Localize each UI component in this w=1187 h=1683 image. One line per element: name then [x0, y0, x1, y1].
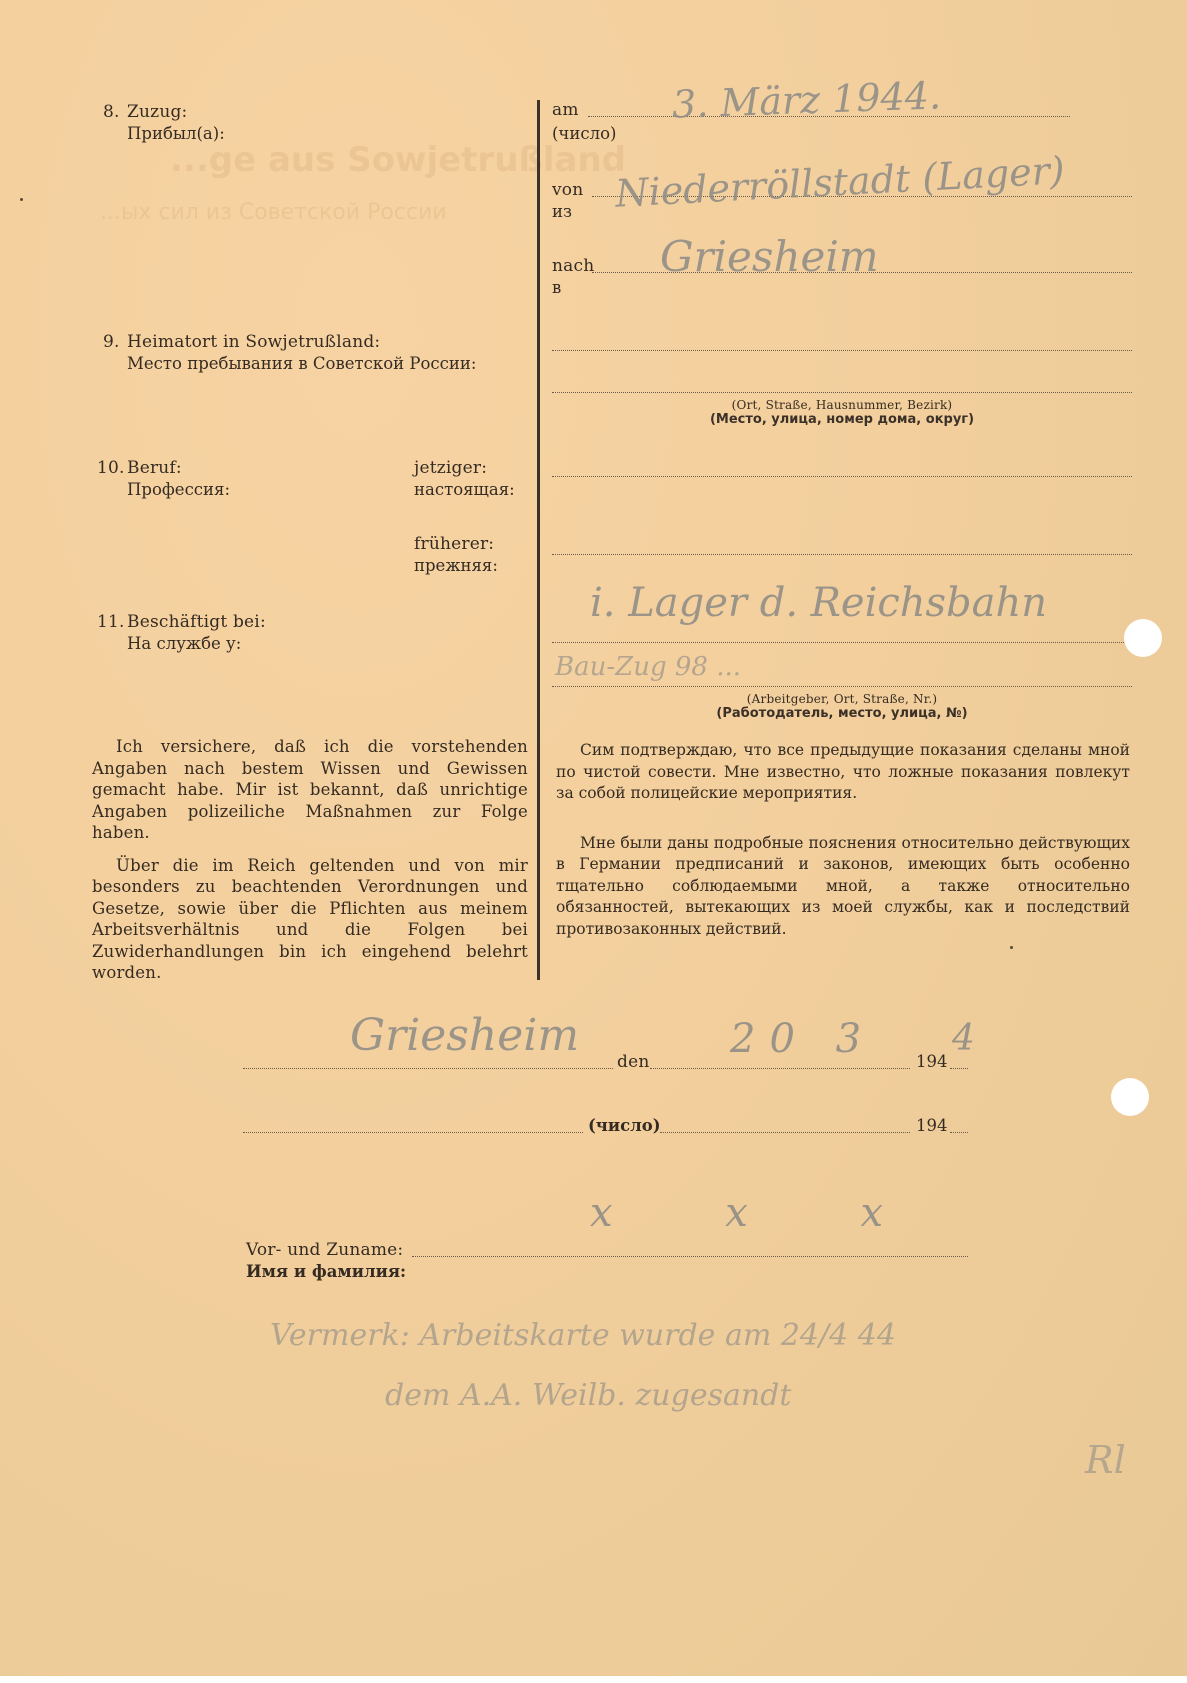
section11-label-de: Beschäftigt bei:	[127, 612, 266, 632]
show-through-text: ...ых сил из Советской России	[100, 200, 447, 225]
arrival-date-value: 3. März 1944.	[671, 73, 941, 126]
punch-hole-top	[1124, 619, 1162, 657]
year-prefix: 194	[916, 1052, 948, 1071]
place-value: Griesheim	[350, 1010, 579, 1061]
year-ru-field-line[interactable]	[950, 1132, 968, 1133]
paper-speck	[20, 198, 23, 201]
date-ru-field-line-left[interactable]	[243, 1132, 583, 1133]
name-label-de: Vor- und Zuname:	[246, 1240, 403, 1260]
section8-label-ru: Прибыл(а):	[127, 124, 225, 143]
current-profession-field[interactable]	[552, 476, 1132, 477]
am-label: am	[552, 100, 579, 120]
place-field-line[interactable]	[243, 1068, 613, 1069]
section9-hint-de: (Ort, Straße, Hausnummer, Bezirk)	[552, 398, 1132, 412]
year-field-line[interactable]	[950, 1068, 968, 1069]
column-divider	[537, 100, 540, 980]
declaration-ru-paragraph-2: Мне были даны подробные пояснения относи…	[556, 833, 1130, 941]
section9-label-ru: Место пребывания в Советской России:	[127, 354, 476, 373]
hometown-field-line-2[interactable]	[552, 392, 1132, 393]
section11-label-ru: На службе у:	[127, 634, 241, 653]
section9-number: 9.	[103, 332, 120, 352]
show-through-text: ...ge aus Sowjetrußland	[170, 140, 626, 180]
den-label: den	[617, 1052, 650, 1072]
section11-hint-de: (Arbeitgeber, Ort, Straße, Nr.)	[552, 692, 1132, 706]
origin-value: Niederröllstadt (Lager)	[614, 148, 1066, 215]
year-suffix-value: 4	[952, 1018, 975, 1059]
paper-speck	[1010, 946, 1013, 949]
employer-field-line-2[interactable]	[552, 686, 1132, 687]
declaration-de-paragraph-2: Über die im Reich geltenden und von mir …	[92, 855, 528, 984]
date-ru-field-line-right[interactable]	[660, 1132, 910, 1133]
destination-value: Griesheim	[660, 232, 879, 281]
employer-value-1: i. Lager d. Reichsbahn	[590, 580, 1047, 626]
signature-marks: x x x	[590, 1190, 933, 1236]
von-label-ru: из	[552, 202, 572, 221]
punch-hole-bottom	[1111, 1078, 1149, 1116]
section10-number: 10.	[97, 458, 125, 478]
date-value: 20 3	[730, 1016, 875, 1062]
am-label-ru: (число)	[552, 124, 616, 143]
declaration-de-paragraph-1: Ich versichere, daß ich die vorstehenden…	[92, 736, 528, 844]
nach-label-ru: в	[552, 278, 561, 297]
former-profession-field[interactable]	[552, 554, 1132, 555]
section11-hint-ru: (Работодатель, место, улица, №)	[552, 706, 1132, 721]
section10-label-ru: Профессия:	[127, 480, 230, 499]
employer-field-line-1[interactable]	[552, 642, 1132, 643]
document-page: ...ge aus Sowjetrußland ...ых сил из Сов…	[0, 0, 1187, 1676]
former-profession-label-ru: прежняя:	[414, 556, 498, 575]
date-field-line[interactable]	[650, 1068, 910, 1069]
declaration-ru-paragraph-1: Сим подтверждаю, что все предыдущие пока…	[556, 740, 1130, 805]
section9-label-de: Heimatort in Sowjetrußland:	[127, 332, 380, 352]
hometown-field-line-1[interactable]	[552, 350, 1132, 351]
section8-number: 8.	[103, 102, 120, 122]
pencil-note-line-2: dem A.A. Weilb. zugesandt	[385, 1378, 791, 1413]
pencil-note-line-1: Vermerk: Arbeitskarte wurde am 24/4 44	[270, 1318, 896, 1353]
section9-hint-ru: (Место, улица, номер дома, округ)	[552, 412, 1132, 427]
name-field-line[interactable]	[412, 1256, 968, 1257]
current-profession-label-ru: настоящая:	[414, 480, 515, 499]
pencil-initials: Rl	[1085, 1438, 1126, 1482]
former-profession-label-de: früherer:	[414, 534, 494, 554]
name-label-ru: Имя и фамилия:	[246, 1262, 406, 1281]
nach-label: nach	[552, 256, 594, 276]
year-prefix-ru: 194	[916, 1116, 948, 1135]
declaration-de: Ich versichere, daß ich die vorstehenden…	[92, 736, 528, 995]
von-label: von	[552, 180, 583, 200]
section10-label-de: Beruf:	[127, 458, 182, 478]
section8-label-de: Zuzug:	[127, 102, 187, 122]
chislo-label: (число)	[588, 1116, 661, 1135]
employer-value-2: Bau-Zug 98 ...	[555, 652, 741, 682]
current-profession-label-de: jetziger:	[414, 458, 487, 478]
declaration-ru: Сим подтверждаю, что все предыдущие пока…	[556, 740, 1130, 951]
section11-number: 11.	[97, 612, 125, 632]
